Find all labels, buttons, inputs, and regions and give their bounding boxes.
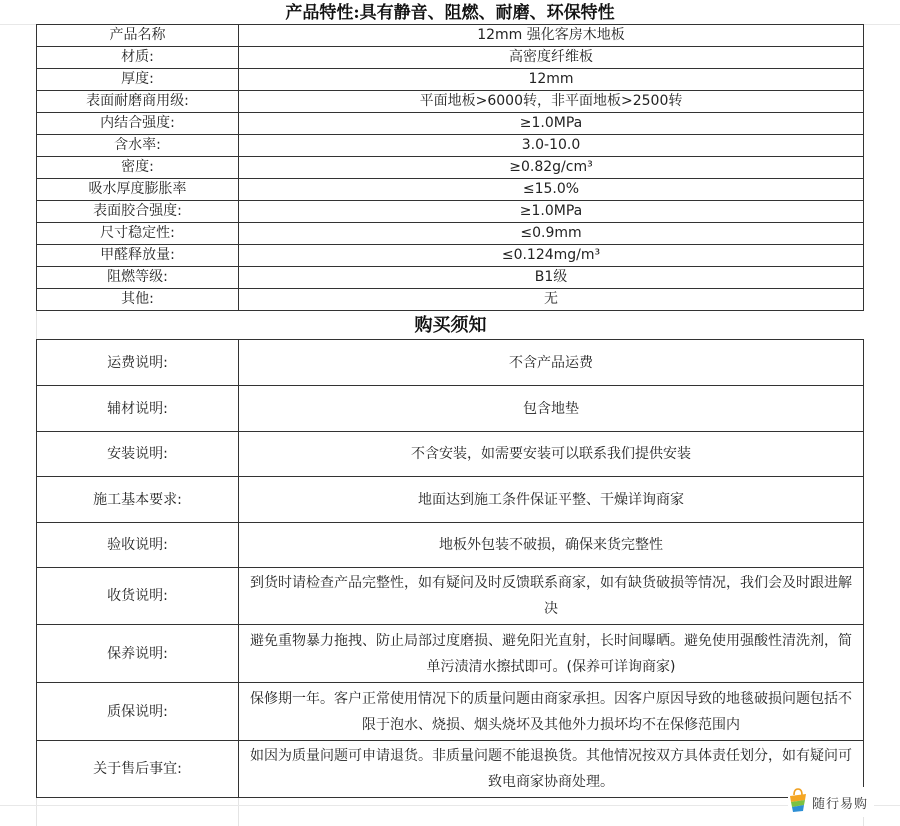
notice-label: 验收说明:	[37, 523, 239, 568]
spec-value: ≥1.0MPa	[239, 201, 864, 223]
spec-value: ≤15.0%	[239, 179, 864, 201]
notice-label: 质保说明:	[37, 683, 239, 741]
table-row: 材质: 高密度纤维板	[37, 47, 864, 69]
spec-label: 材质:	[37, 47, 239, 69]
table-row: 安装说明: 不含安装，如需要安装可以联系我们提供安装	[37, 432, 864, 477]
spec-value: ≤0.9mm	[239, 223, 864, 245]
table-row: 尺寸稳定性: ≤0.9mm	[37, 223, 864, 245]
watermark-text: 随行易购	[812, 793, 868, 812]
notice-label: 关于售后事宜:	[37, 741, 239, 798]
table-row: 内结合强度: ≥1.0MPa	[37, 113, 864, 135]
spec-section-title: 产品特性:具有静音、阻燃、耐磨、环保特性	[36, 0, 864, 24]
table-row: 关于售后事宜: 如因为质量问题可申请退货。非质量问题不能退换货。其他情况按双方具…	[37, 741, 864, 798]
notice-value: 不含产品运费	[239, 340, 864, 386]
notice-value: 如因为质量问题可申请退货。非质量问题不能退换货。其他情况按双方具体责任划分，如有…	[239, 741, 864, 798]
table-row: 施工基本要求: 地面达到施工条件保证平整、干燥详询商家	[37, 477, 864, 523]
table-row: 厚度: 12mm	[37, 69, 864, 91]
spec-value: ≥0.82g/cm³	[239, 157, 864, 179]
notice-section-title: 购买须知	[36, 311, 864, 339]
table-row: 运费说明: 不含产品运费	[37, 340, 864, 386]
table-row: 保养说明: 避免重物暴力拖拽、防止局部过度磨损、避免阳光直射，长时间曝晒。避免使…	[37, 625, 864, 683]
table-row: 密度: ≥0.82g/cm³	[37, 157, 864, 179]
spec-value: 3.0-10.0	[239, 135, 864, 157]
spec-label: 表面胶合强度:	[37, 201, 239, 223]
table-row: 甲醛释放量: ≤0.124mg/m³	[37, 245, 864, 267]
spec-label: 产品名称	[37, 25, 239, 47]
spec-label: 其他:	[37, 289, 239, 311]
notice-label: 施工基本要求:	[37, 477, 239, 523]
notice-value: 到货时请检查产品完整性，如有疑问及时反馈联系商家，如有缺货破损等情况，我们会及时…	[239, 568, 864, 625]
spec-label: 尺寸稳定性:	[37, 223, 239, 245]
spec-value: 12mm 强化客房木地板	[239, 25, 864, 47]
notice-label: 辅材说明:	[37, 386, 239, 432]
table-row: 阻燃等级: B1级	[37, 267, 864, 289]
notice-label: 保养说明:	[37, 625, 239, 683]
table-row: 产品名称 12mm 强化客房木地板	[37, 25, 864, 47]
table-row: 含水率: 3.0-10.0	[37, 135, 864, 157]
spec-label: 表面耐磨商用级:	[37, 91, 239, 113]
notice-value: 保修期一年。客户正常使用情况下的质量问题由商家承担。因客户原因导致的地毯破损问题…	[239, 683, 864, 741]
notice-value: 地板外包装不破损，确保来货完整性	[239, 523, 864, 568]
table-row: 收货说明: 到货时请检查产品完整性，如有疑问及时反馈联系商家，如有缺货破损等情况…	[37, 568, 864, 625]
spec-value: 平面地板>6000转，非平面地板>2500转	[239, 91, 864, 113]
notice-label: 运费说明:	[37, 340, 239, 386]
spec-label: 内结合强度:	[37, 113, 239, 135]
notice-label: 安装说明:	[37, 432, 239, 477]
table-row: 其他: 无	[37, 289, 864, 311]
spec-label: 阻燃等级:	[37, 267, 239, 289]
shopping-bag-icon	[788, 787, 808, 817]
table-row: 验收说明: 地板外包装不破损，确保来货完整性	[37, 523, 864, 568]
notice-value: 地面达到施工条件保证平整、干燥详询商家	[239, 477, 864, 523]
notice-table: 运费说明: 不含产品运费 辅材说明: 包含地垫 安装说明: 不含安装，如需要安装…	[36, 339, 864, 798]
gridline	[0, 805, 900, 806]
spec-value: 12mm	[239, 69, 864, 91]
table-row: 表面胶合强度: ≥1.0MPa	[37, 201, 864, 223]
spec-value: 无	[239, 289, 864, 311]
notice-label: 收货说明:	[37, 568, 239, 625]
watermark-logo: 随行易购	[788, 787, 874, 817]
table-row: 辅材说明: 包含地垫	[37, 386, 864, 432]
notice-value: 不含安装，如需要安装可以联系我们提供安装	[239, 432, 864, 477]
spec-value: ≥1.0MPa	[239, 113, 864, 135]
spec-value: ≤0.124mg/m³	[239, 245, 864, 267]
spec-label: 密度:	[37, 157, 239, 179]
spec-label: 含水率:	[37, 135, 239, 157]
spec-label: 厚度:	[37, 69, 239, 91]
notice-value: 包含地垫	[239, 386, 864, 432]
table-row: 吸水厚度膨胀率 ≤15.0%	[37, 179, 864, 201]
spec-label: 甲醛释放量:	[37, 245, 239, 267]
spec-value: B1级	[239, 267, 864, 289]
spec-value: 高密度纤维板	[239, 47, 864, 69]
spreadsheet: 产品特性:具有静音、阻燃、耐磨、环保特性 产品名称 12mm 强化客房木地板 材…	[36, 0, 864, 798]
notice-value: 避免重物暴力拖拽、防止局部过度磨损、避免阳光直射，长时间曝晒。避免使用强酸性清洗…	[239, 625, 864, 683]
spec-label: 吸水厚度膨胀率	[37, 179, 239, 201]
spec-table: 产品名称 12mm 强化客房木地板 材质: 高密度纤维板 厚度: 12mm 表面…	[36, 24, 864, 311]
table-row: 表面耐磨商用级: 平面地板>6000转，非平面地板>2500转	[37, 91, 864, 113]
table-row: 质保说明: 保修期一年。客户正常使用情况下的质量问题由商家承担。因客户原因导致的…	[37, 683, 864, 741]
